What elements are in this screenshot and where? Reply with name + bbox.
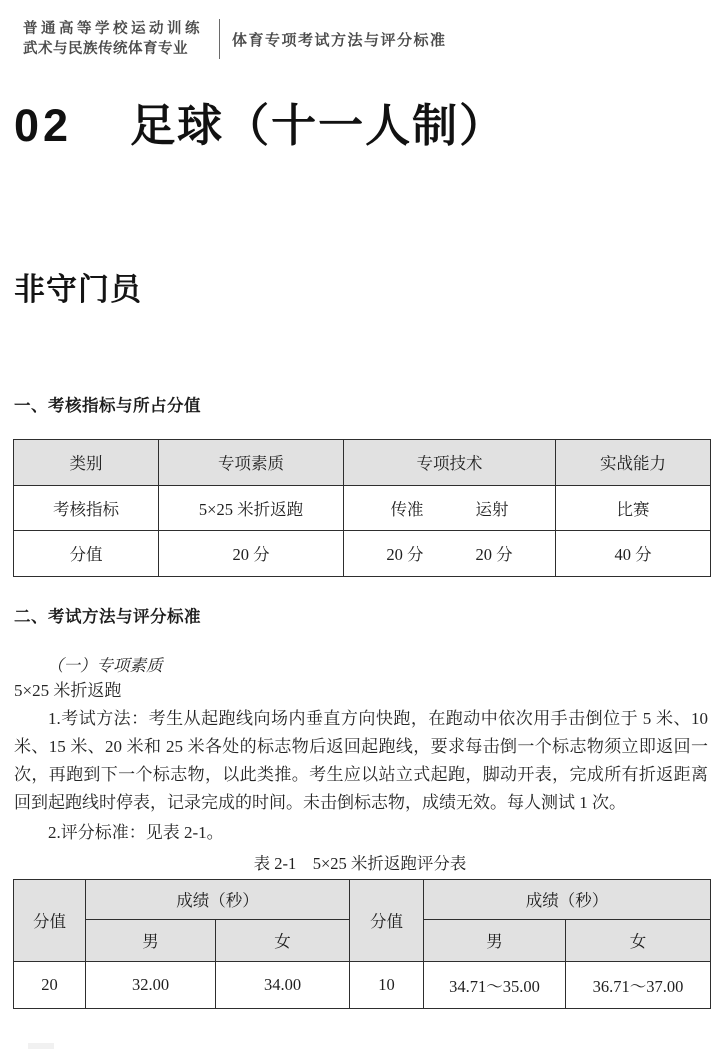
male-value-right: 34.71～35.00: [424, 961, 566, 1008]
indicator-quality: 5×25 米折返跑: [159, 485, 344, 531]
score-table-caption: 表 2-1 5×25 米折返跑评分表: [0, 851, 720, 877]
score-value-left: 20: [14, 961, 86, 1008]
indicator-table: 类别 专项素质 专项技术 实战能力 考核指标 5×25 米折返跑 传准 运射 比…: [13, 439, 711, 577]
section1-heading: 一、考核指标与所占分值: [14, 394, 720, 418]
header-category: 类别: [14, 440, 159, 486]
score-header-right: 分值: [350, 879, 424, 961]
score-technique: 20 分 20 分: [344, 531, 556, 577]
score-quality: 20 分: [159, 531, 344, 577]
header-quality: 专项素质: [159, 440, 344, 486]
header-technique: 专项技术: [344, 440, 556, 486]
chapter-number: 02: [14, 100, 72, 151]
chapter-title-text: 足球（十一人制）: [130, 100, 506, 151]
score-header-left: 分值: [14, 879, 86, 961]
score-value-right: 10: [350, 961, 424, 1008]
score-tech-pass: 20 分: [386, 541, 423, 565]
male-header-left: 男: [86, 919, 216, 961]
subsection-heading: （一）专项素质: [14, 655, 720, 677]
page-footer-mark: [28, 1043, 54, 1049]
female-header-right: 女: [566, 919, 711, 961]
indicator-technique: 传准 运射: [344, 485, 556, 531]
subtitle-non-goalkeeper: 非守门员: [14, 270, 720, 310]
section2-heading: 二、考试方法与评分标准: [14, 605, 720, 629]
scoring-paragraph: 2.评分标准：见表 2-1。: [14, 819, 708, 847]
running-head-left: 普通高等学校运动训练 武术与民族传统体育专业: [23, 19, 213, 59]
female-header-left: 女: [216, 919, 350, 961]
score-table-header-row1: 分值 成绩（秒） 分值 成绩（秒）: [14, 879, 711, 919]
indicator-row-label: 考核指标: [14, 485, 159, 531]
running-head-left-line1: 普通高等学校运动训练: [23, 19, 213, 39]
document-page: 普通高等学校运动训练 武术与民族传统体育专业 体育专项考试方法与评分标准 02足…: [0, 0, 720, 1051]
running-head: 普通高等学校运动训练 武术与民族传统体育专业 体育专项考试方法与评分标准: [23, 19, 720, 59]
result-header-left: 成绩（秒）: [86, 879, 350, 919]
score-table: 分值 成绩（秒） 分值 成绩（秒） 男 女 男 女 20 32.00 34.00…: [13, 879, 711, 1009]
score-row-label: 分值: [14, 531, 159, 577]
female-value-right: 36.71～37.00: [566, 961, 711, 1008]
indicator-tech-shoot: 运射: [476, 496, 509, 520]
chapter-title: 02足球（十一人制）: [14, 95, 720, 157]
score-tech-shoot: 20 分: [476, 541, 513, 565]
result-header-right: 成绩（秒）: [424, 879, 711, 919]
header-combat: 实战能力: [556, 440, 711, 486]
female-value-left: 34.00: [216, 961, 350, 1008]
running-head-divider: [219, 19, 220, 59]
male-value-left: 32.00: [86, 961, 216, 1008]
score-row: 分值 20 分 20 分 20 分 40 分: [14, 531, 711, 577]
indicator-tech-pass: 传准: [391, 496, 424, 520]
test-name: 5×25 米折返跑: [14, 679, 720, 703]
male-header-right: 男: [424, 919, 566, 961]
indicator-table-header-row: 类别 专项素质 专项技术 实战能力: [14, 440, 711, 486]
running-head-right: 体育专项考试方法与评分标准: [232, 29, 447, 50]
method-paragraph: 1.考试方法：考生从起跑线向场内垂直方向快跑，在跑动中依次用手击倒位于 5 米、…: [14, 705, 708, 817]
score-table-data-row: 20 32.00 34.00 10 34.71～35.00 36.71～37.0…: [14, 961, 711, 1008]
score-combat: 40 分: [556, 531, 711, 577]
indicator-row: 考核指标 5×25 米折返跑 传准 运射 比赛: [14, 485, 711, 531]
running-head-left-line2: 武术与民族传统体育专业: [23, 39, 213, 59]
indicator-combat: 比赛: [556, 485, 711, 531]
